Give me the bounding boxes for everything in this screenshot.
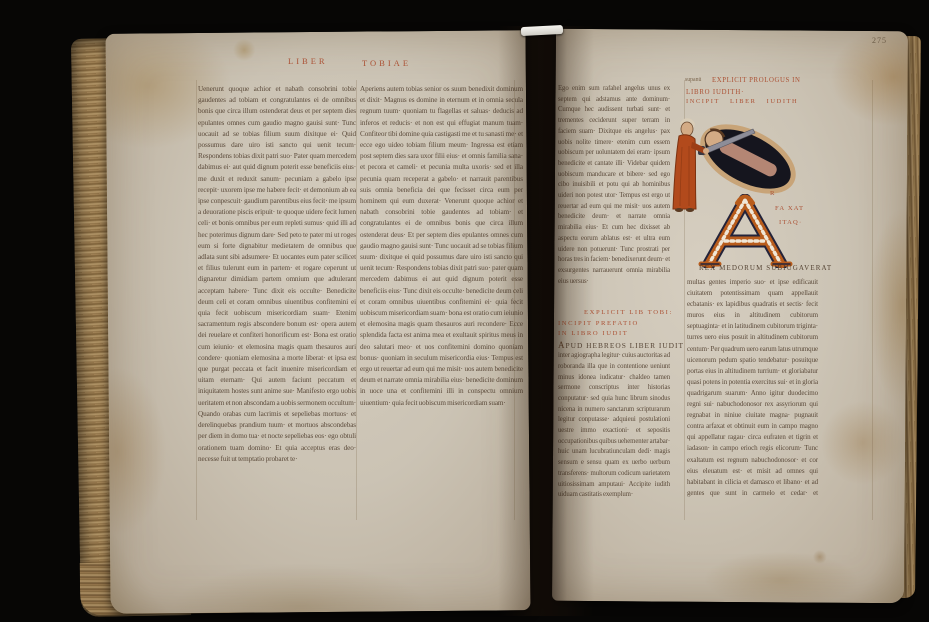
judith-foot: [686, 208, 694, 212]
judith-foot: [675, 208, 683, 212]
judith-chapter-text: multas gentes imperio suo· et ipse edifi…: [687, 277, 818, 501]
opening-caps-line: REX MEDORUM SUBIUGAVERAT: [699, 264, 827, 272]
judith-hand: [703, 148, 709, 154]
explicit-prologus-rubric-line1: EXPLICIT PROLOGUS IN: [712, 77, 801, 84]
folio-number: 275: [872, 36, 887, 45]
preface-initial: A: [558, 340, 566, 350]
opening-syllable-3: ITAQ·: [779, 219, 802, 226]
opening-syllable-1: R: [770, 190, 776, 197]
explicit-lib-tobi-rubric: EXPLICIT LIB TOBI:: [558, 308, 670, 319]
ruling-line: [872, 80, 873, 520]
running-header-tobiae: TOBIAE: [362, 58, 411, 68]
explicit-prologus-rubric-line2: LIBRO IUDITH·: [686, 89, 744, 96]
incipit-prefatio-rubric-line1: INCIPIT PREFATIO: [558, 319, 670, 330]
judith-head: [681, 122, 693, 136]
ruling-line: [196, 80, 197, 520]
left-page-column-1: Uenerunt quoque achior et nabath consobr…: [198, 84, 356, 512]
tobit-ending-text: Ego enim sum rafahel angelus unus ex sep…: [558, 84, 670, 308]
preface-text: inter agiographa legitur· cuius auctorit…: [558, 351, 670, 501]
opening-syllable-2: FA XAT: [775, 205, 804, 212]
running-header-liber: LIBER: [288, 56, 328, 66]
preface-caps: PUD HEBREOS LIBER IUDIT: [566, 341, 684, 350]
manuscript-photo: LIBER TOBIAE 275 Uenerunt quoque achior …: [0, 0, 929, 622]
right-page-column-1: Ego enim sum rafahel angelus unus ex sep…: [558, 84, 670, 501]
marginal-note: supanū: [685, 77, 701, 83]
ruling-line: [356, 80, 357, 520]
preface-opening-line: APUD HEBREOS LIBER IUDIT: [558, 340, 670, 351]
holofernes-bed: [693, 114, 804, 205]
incipit-prefatio-rubric-line2: IN LIBRO IUDIT: [558, 329, 670, 340]
left-page-column-2: Aperiens autem tobias senior os suum ben…: [360, 84, 523, 524]
